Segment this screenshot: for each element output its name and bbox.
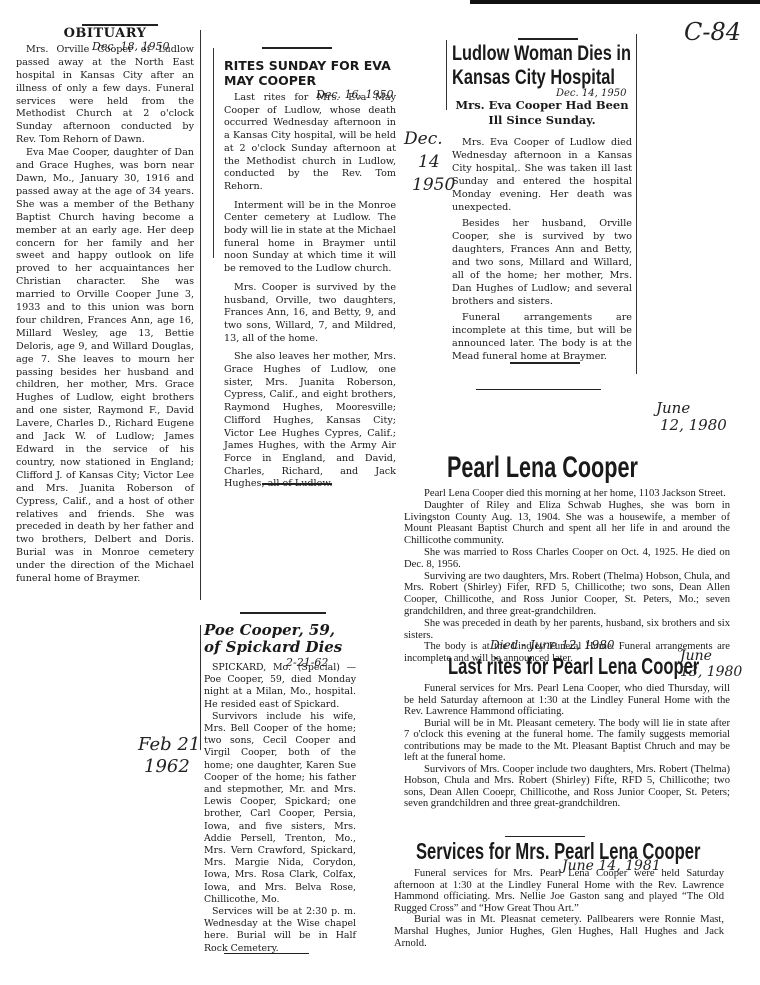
divider <box>518 38 578 40</box>
divider <box>224 953 309 954</box>
paragraph: Mrs. Eva Cooper of Ludlow died Wednesday… <box>452 136 632 214</box>
paragraph: SPICKARD, Mo. (Special) — Poe Cooper, 59… <box>204 662 356 711</box>
headline: Pearl Lena Cooper <box>447 452 651 484</box>
column-rule <box>200 30 201 600</box>
divider <box>262 47 332 49</box>
divider <box>262 483 332 485</box>
clipping-poe-cooper: Poe Cooper, 59, of Spickard Dies SPICKAR… <box>204 622 356 955</box>
divider <box>476 389 601 390</box>
column-rule <box>200 625 201 750</box>
paragraph: Survivors of Mrs. Cooper include two dau… <box>404 764 730 810</box>
headline: Last rites for Pearl Lena Cooper <box>448 653 651 679</box>
divider <box>505 836 585 837</box>
scan-edge-bar <box>470 0 760 4</box>
paragraph: Burial will be in Mt. Pleasant cemetery.… <box>404 718 730 764</box>
column-rule <box>636 34 637 374</box>
paragraph: Mrs. Cooper is survived by the husband, … <box>224 282 396 346</box>
column-rule <box>446 40 447 110</box>
clipping-pearl-lena-cooper: Pearl Lena Cooper Pearl Lena Cooper died… <box>404 452 730 665</box>
margin-note: Dec. 14 1950 <box>404 128 455 197</box>
column-rule <box>213 48 214 258</box>
paragraph: She was married to Ross Charles Cooper o… <box>404 547 730 571</box>
headline: Ludlow Woman Dies in Kansas City Hospita… <box>452 42 631 90</box>
handwritten-date: June 13, 1980 <box>680 648 742 680</box>
handwritten-date: June 12, 1980 <box>656 400 727 434</box>
paragraph: Besides her husband, Orville Cooper, she… <box>452 217 632 308</box>
paragraph: Eva Mae Cooper, daughter of Dan and Grac… <box>16 147 194 586</box>
paragraph: Funeral services for Mrs. Pearl Lena Coo… <box>394 868 724 914</box>
paragraph: Daughter of Riley and Eliza Schwab Hughe… <box>404 500 730 547</box>
paragraph: Burial was in Mt. Pleasnat cemetery. Pal… <box>394 914 724 949</box>
handwritten-date: 2-21-62 <box>286 656 328 669</box>
handwritten-date: June 14, 1981 <box>562 858 661 874</box>
paragraph: Interment will be in the Monroe Center c… <box>224 200 396 276</box>
subheadline: Mrs. Eva Cooper Had Been Ill Since Sunda… <box>452 98 632 128</box>
clipping-services-pearl: Services for Mrs. Pearl Lena Cooper Fune… <box>394 838 724 949</box>
paragraph: Mrs. Orville Cooper of Ludlow passed awa… <box>16 44 194 147</box>
paragraph: Funeral services for Mrs. Pearl Lena Coo… <box>404 683 730 718</box>
headline: RITES SUNDAY FOR EVA MAY COOPER <box>224 58 396 88</box>
divider <box>510 362 580 364</box>
paragraph: Services will be at 2:30 p. m. Wednesday… <box>204 906 356 955</box>
paragraph: Surviving are two daughters, Mrs. Robert… <box>404 571 730 618</box>
page-marker: C-84 <box>684 18 741 46</box>
margin-note: Feb 21 1962 <box>138 734 200 778</box>
headline: OBITUARY <box>16 28 194 41</box>
clipping-rites-sunday: RITES SUNDAY FOR EVA MAY COOPER Last rit… <box>224 58 396 491</box>
handwritten-note: Died - June 12, 1980 <box>490 638 615 652</box>
paragraph: She also leaves her mother, Mrs. Grace H… <box>224 351 396 491</box>
paragraph: Last rites for Mrs. Eva May Cooper of Lu… <box>224 92 396 194</box>
clipping-obituary-eva: OBITUARY Mrs. Orville Cooper of Ludlow p… <box>16 28 194 586</box>
paragraph: Pearl Lena Cooper died this morning at h… <box>404 488 730 500</box>
paragraph: Funeral arrangements are incomplete at t… <box>452 311 632 363</box>
handwritten-date: Dec. 14, 1950 <box>556 88 626 99</box>
divider <box>240 612 326 614</box>
handwritten-date: Dec. 18, 1950 <box>92 40 169 53</box>
handwritten-date: Dec. 16, 1950 <box>316 88 393 101</box>
paragraph: Survivors include his wife, Mrs. Bell Co… <box>204 711 356 906</box>
headline: Poe Cooper, 59, of Spickard Dies <box>204 622 356 656</box>
